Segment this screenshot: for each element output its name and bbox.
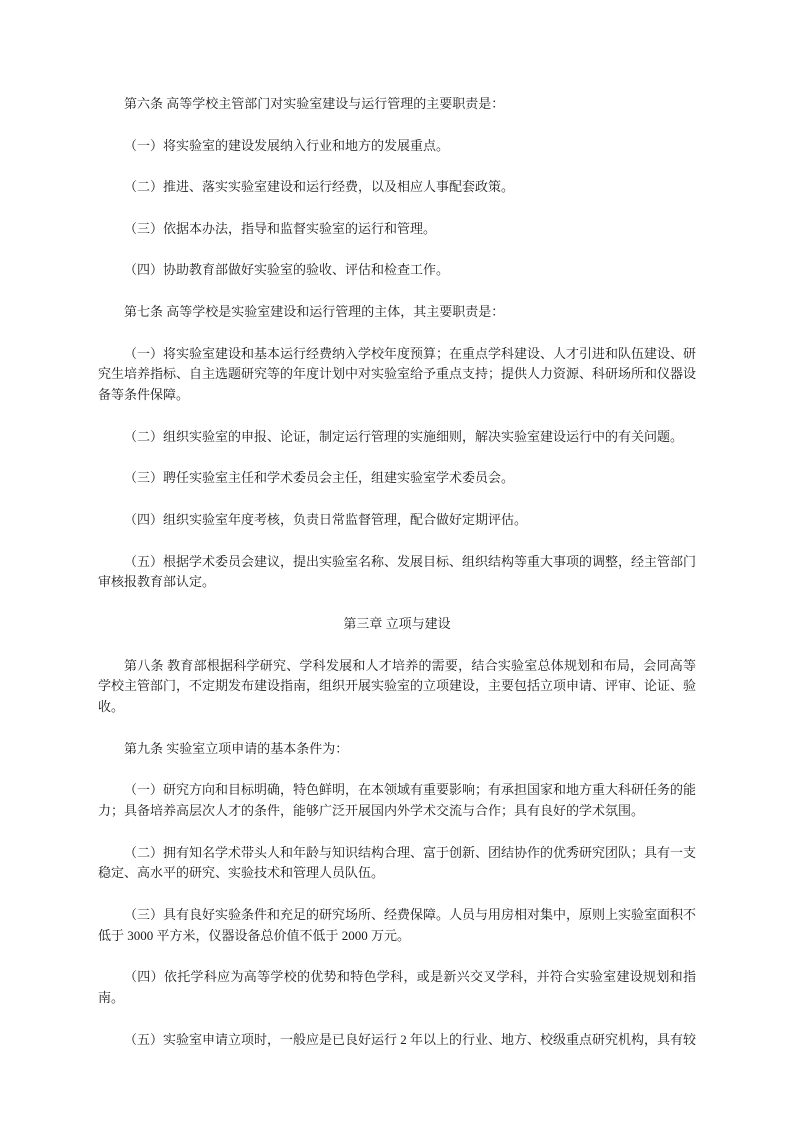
article-9-item-1: （一）研究方向和目标明确，特色鲜明，在本领域有重要影响；有承担国家和地方重大科研… bbox=[98, 780, 696, 822]
article-7-item-1: （一）将实验室建设和基本运行经费纳入学校年度预算；在重点学科建设、人才引进和队伍… bbox=[98, 344, 696, 406]
chapter-3-heading: 第三章 立项与建设 bbox=[98, 614, 696, 635]
article-9-item-5: （五）实验室申请立项时，一般应是已良好运行 2 年以上的行业、地方、校级重点研究… bbox=[98, 1030, 696, 1051]
document-page: 第六条 高等学校主管部门对实验室建设与运行管理的主要职责是： （一）将实验室的建… bbox=[0, 0, 793, 1122]
document-body: 第六条 高等学校主管部门对实验室建设与运行管理的主要职责是： （一）将实验室的建… bbox=[98, 94, 696, 1051]
article-9-item-2: （二）拥有知名学术带头人和年龄与知识结构合理、富于创新、团结协作的优秀研究团队；… bbox=[98, 843, 696, 885]
article-6-intro: 第六条 高等学校主管部门对实验室建设与运行管理的主要职责是： bbox=[98, 94, 696, 115]
article-7-item-2: （二）组织实验室的申报、论证，制定运行管理的实施细则，解决实验室建设运行中的有关… bbox=[98, 427, 696, 448]
article-7-item-5: （五）根据学术委员会建议，提出实验室名称、发展目标、组织结构等重大事项的调整，经… bbox=[98, 552, 696, 594]
article-7-intro: 第七条 高等学校是实验室建设和运行管理的主体，其主要职责是： bbox=[98, 302, 696, 323]
article-9-item-3: （三）具有良好实验条件和充足的研究场所、经费保障。人员与用房相对集中，原则上实验… bbox=[98, 905, 696, 947]
article-6-item-1: （一）将实验室的建设发展纳入行业和地方的发展重点。 bbox=[98, 136, 696, 157]
article-6-item-4: （四）协助教育部做好实验室的验收、评估和检查工作。 bbox=[98, 260, 696, 281]
article-8-text: 第八条 教育部根据科学研究、学科发展和人才培养的需要，结合实验室总体规划和布局，… bbox=[98, 656, 696, 718]
article-6-item-3: （三）依据本办法，指导和监督实验室的运行和管理。 bbox=[98, 219, 696, 240]
article-7-item-3: （三）聘任实验室主任和学术委员会主任，组建实验室学术委员会。 bbox=[98, 468, 696, 489]
article-9-item-4: （四）依托学科应为高等学校的优势和特色学科，或是新兴交叉学科，并符合实验室建设规… bbox=[98, 967, 696, 1009]
article-6-item-2: （二）推进、落实实验室建设和运行经费，以及相应人事配套政策。 bbox=[98, 177, 696, 198]
article-7-item-4: （四）组织实验室年度考核，负责日常监督管理，配合做好定期评估。 bbox=[98, 510, 696, 531]
article-9-intro: 第九条 实验室立项申请的基本条件为： bbox=[98, 739, 696, 760]
